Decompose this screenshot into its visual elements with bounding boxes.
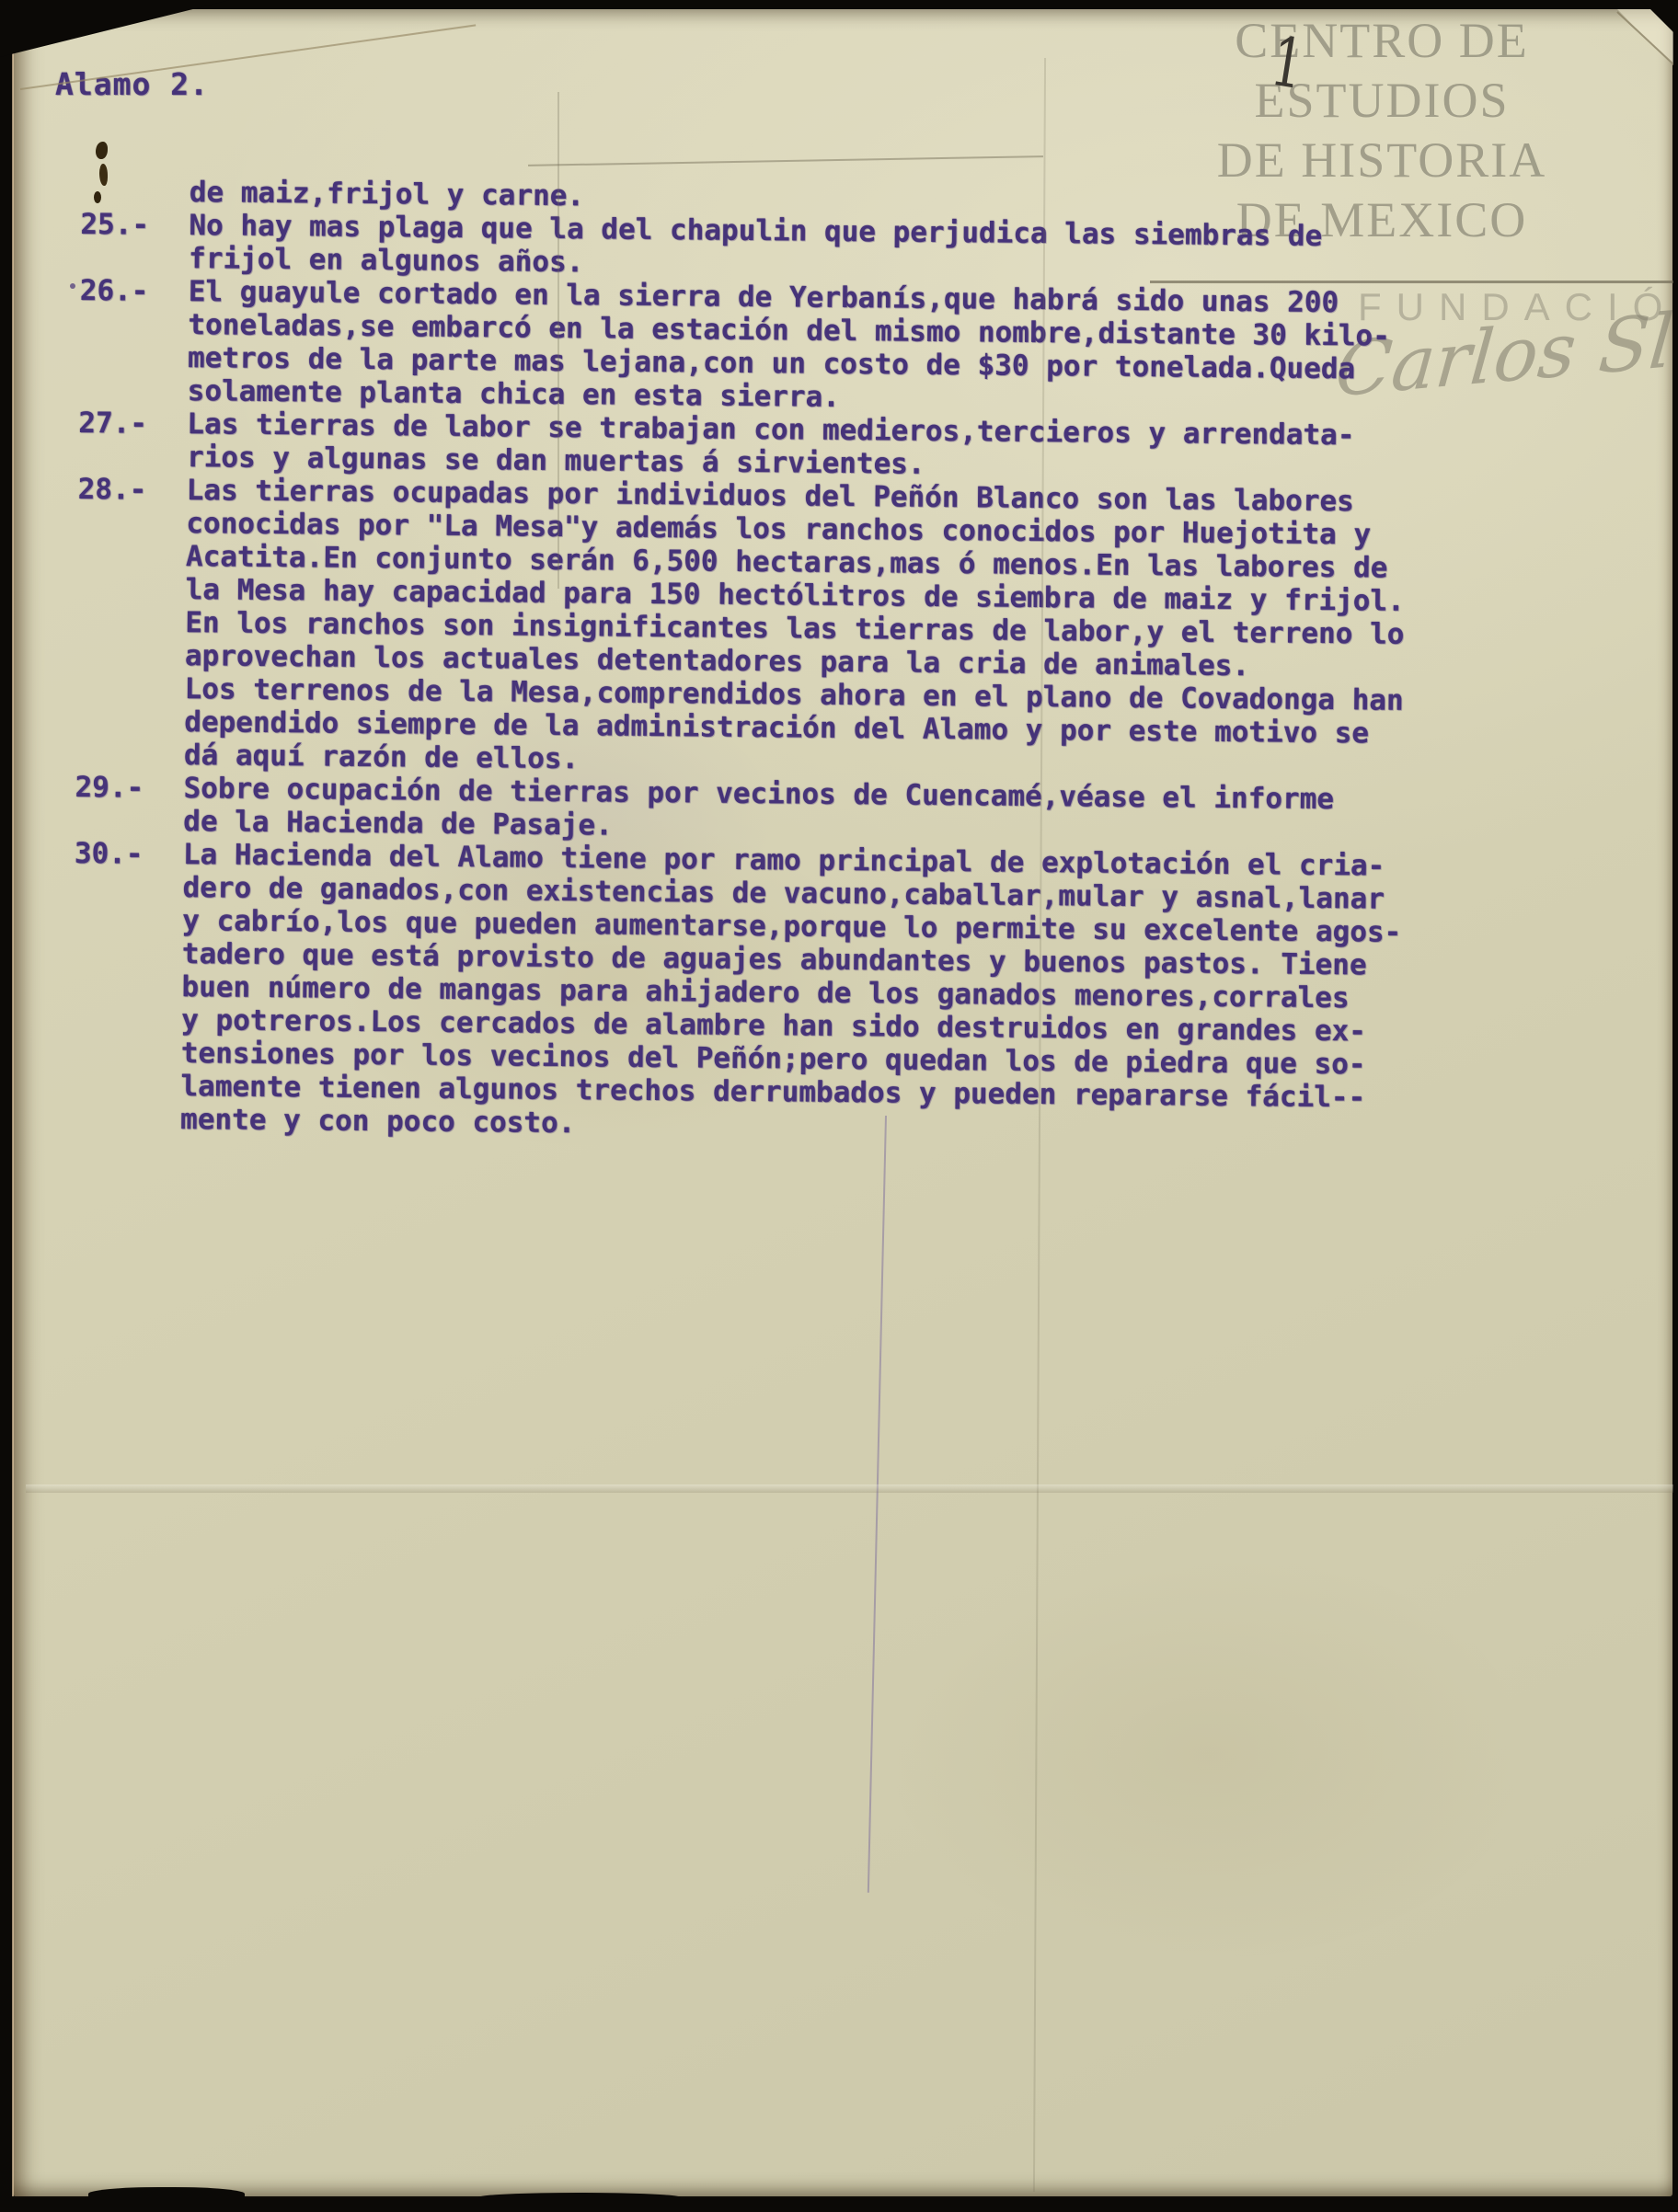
damage-spot xyxy=(94,191,101,203)
document-page: CENTRO DE ESTUDIOS DE HISTORIA DE MEXICO… xyxy=(13,7,1672,2196)
scan-edge xyxy=(0,0,12,2212)
item-number: 27.- xyxy=(78,407,147,441)
horizontal-fold-crease xyxy=(26,1484,1678,1493)
scan-edge xyxy=(1673,0,1678,2212)
vertical-ink-line xyxy=(868,1116,887,1893)
typed-text-body: de maiz,frijol y carne.25.-No hay mas pl… xyxy=(72,175,1442,1148)
item-number: 29.- xyxy=(75,771,144,805)
watermark-line: ESTUDIOS xyxy=(1078,71,1678,131)
watermark-line: DE HISTORIA xyxy=(1078,131,1678,190)
damage-spot xyxy=(99,164,108,186)
folded-corner xyxy=(1641,0,1678,37)
item-number: 28.- xyxy=(78,473,147,507)
torn-corner xyxy=(0,0,230,57)
item-number: 26.- xyxy=(80,274,149,308)
item-number: 30.- xyxy=(75,837,144,871)
scan-edge xyxy=(0,0,1678,9)
watermark-line: CENTRO DE xyxy=(1078,11,1678,71)
scan-edge xyxy=(0,2198,1678,2212)
scan-edge xyxy=(478,2193,681,2202)
ink-speck xyxy=(70,283,75,289)
damage-spot xyxy=(96,142,108,159)
typed-line-text: de la Hacienda de Pasaje. xyxy=(183,805,613,842)
scanned-document: CENTRO DE ESTUDIOS DE HISTORIA DE MEXICO… xyxy=(0,0,1678,2212)
typed-line-text: frijol en algunos años. xyxy=(189,242,584,279)
horizontal-scratch xyxy=(528,155,1043,166)
item-number: 25.- xyxy=(80,208,149,242)
vertical-scratch xyxy=(557,92,559,589)
scan-edge xyxy=(88,2187,245,2202)
typed-line-text: dá aquí razón de ellos. xyxy=(184,739,580,775)
typed-line-text: de maiz,frijol y carne. xyxy=(190,176,585,212)
typed-line-text: mente y con poco costo. xyxy=(180,1103,576,1140)
